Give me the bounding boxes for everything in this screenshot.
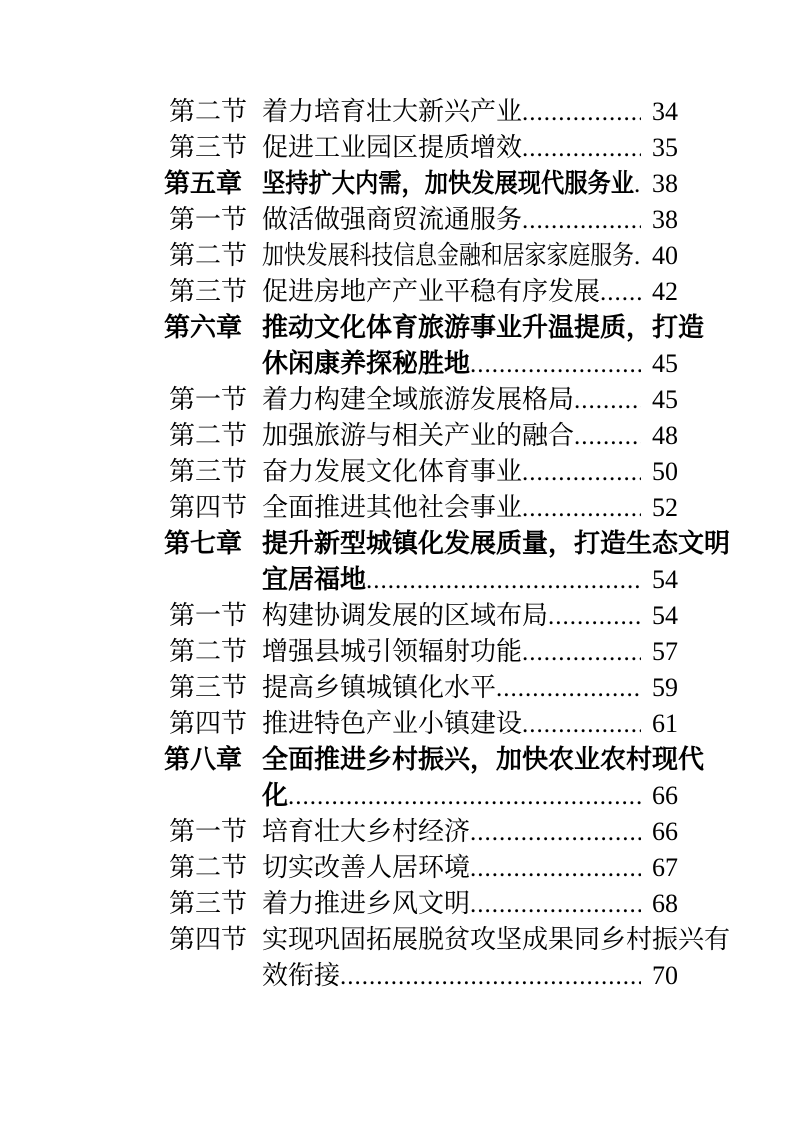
- toc-page-number: 57: [641, 634, 678, 670]
- toc-entry-label: 第八章: [164, 742, 262, 778]
- toc-page-number: 54: [641, 562, 678, 598]
- toc-page-number: 70: [641, 958, 678, 994]
- toc-entry-title: 推进特色产业小镇建设: [262, 706, 522, 742]
- toc-entry-title: 推动文化体育旅游事业升温提质，打造: [262, 310, 704, 346]
- toc-entry: 第三节奋力发展文化体育事业50: [164, 454, 678, 490]
- toc-entry-label: 第一节: [164, 202, 262, 238]
- dot-leader: [522, 491, 641, 527]
- toc-page-number: 68: [641, 886, 678, 922]
- toc-entry-title: 促进工业园区提质增效: [262, 130, 522, 166]
- toc-entry-label: 第一节: [164, 598, 262, 634]
- toc-page-number: 38: [641, 166, 678, 202]
- toc-entry-title: 提升新型城镇化发展质量，打造生态文明: [262, 526, 730, 562]
- toc-entry: 第二节切实改善人居环境67: [164, 850, 678, 886]
- toc-entry-title: 休闲康养探秘胜地: [262, 346, 470, 382]
- toc-entry: 第六章推动文化体育旅游事业升温提质，打造: [164, 310, 678, 346]
- toc-entry-title: 加强旅游与相关产业的融合: [262, 418, 574, 454]
- dot-leader: [522, 131, 641, 167]
- toc-page-number: 59: [641, 670, 678, 706]
- dot-leader: [366, 563, 641, 599]
- dot-leader: [340, 959, 641, 995]
- toc-entry-label: 第二节: [164, 850, 262, 886]
- document-page: 第二节着力培育壮大新兴产业34第三节促进工业园区提质增效35第五章坚持扩大内需，…: [0, 0, 793, 1122]
- toc-entry-title: 化: [262, 778, 288, 814]
- toc-entry: 第五章坚持扩大内需，加快发展现代服务业38: [164, 166, 678, 202]
- toc-entry-title: 全面推进乡村振兴，加快农业农村现代: [262, 742, 704, 778]
- table-of-contents: 第二节着力培育壮大新兴产业34第三节促进工业园区提质增效35第五章坚持扩大内需，…: [164, 94, 678, 994]
- toc-page-number: 50: [641, 454, 678, 490]
- dot-leader: [522, 707, 641, 743]
- dot-leader: [288, 779, 641, 815]
- toc-page-number: 35: [641, 130, 678, 166]
- toc-entry-label: 第三节: [164, 454, 262, 490]
- dot-leader: [522, 95, 641, 131]
- toc-entry-label: 第四节: [164, 922, 262, 958]
- toc-entry: 第八章全面推进乡村振兴，加快农业农村现代: [164, 742, 678, 778]
- dot-leader: [574, 383, 641, 419]
- dot-leader: [600, 275, 641, 311]
- toc-entry-label: 第二节: [164, 94, 262, 130]
- toc-entry-label: 第三节: [164, 274, 262, 310]
- toc-page-number: 45: [641, 382, 678, 418]
- toc-entry: 第二节着力培育壮大新兴产业34: [164, 94, 678, 130]
- toc-entry-title: 实现巩固拓展脱贫攻坚成果同乡村振兴有: [262, 922, 730, 958]
- toc-entry-title: 加快发展科技信息金融和居家家庭服务: [262, 238, 634, 274]
- toc-entry-label: 第三节: [164, 886, 262, 922]
- toc-entry-title: 培育壮大乡村经济: [262, 814, 470, 850]
- toc-entry-label: 第二节: [164, 634, 262, 670]
- dot-leader: [548, 599, 641, 635]
- toc-entry-title: 做活做强商贸流通服务: [262, 202, 522, 238]
- toc-entry-title: 宜居福地: [262, 562, 366, 598]
- toc-entry-label: 第四节: [164, 706, 262, 742]
- toc-entry-continuation: 效衔接70: [164, 958, 678, 994]
- toc-entry: 第三节促进房地产产业平稳有序发展42: [164, 274, 678, 310]
- dot-leader: [522, 203, 641, 239]
- toc-page-number: 42: [641, 274, 678, 310]
- toc-entry-title: 着力构建全域旅游发展格局: [262, 382, 574, 418]
- toc-entry-title: 坚持扩大内需，加快发展现代服务业: [262, 166, 634, 202]
- toc-entry-title: 增强县城引领辐射功能: [262, 634, 522, 670]
- toc-entry-title: 着力培育壮大新兴产业: [262, 94, 522, 130]
- toc-entry: 第一节做活做强商贸流通服务38: [164, 202, 678, 238]
- toc-page-number: 34: [641, 94, 678, 130]
- toc-entry-label: 第五章: [164, 166, 262, 202]
- toc-page-number: 54: [641, 598, 678, 634]
- toc-entry-continuation: 休闲康养探秘胜地45: [164, 346, 678, 382]
- dot-leader: [574, 419, 641, 455]
- toc-page-number: 40: [641, 238, 678, 274]
- toc-page-number: 61: [641, 706, 678, 742]
- toc-entry-label: 第六章: [164, 310, 262, 346]
- dot-leader: [634, 167, 641, 203]
- toc-entry: 第四节推进特色产业小镇建设61: [164, 706, 678, 742]
- toc-entry-label: 第二节: [164, 238, 262, 274]
- toc-entry-label: 第三节: [164, 670, 262, 706]
- toc-entry: 第一节着力构建全域旅游发展格局45: [164, 382, 678, 418]
- toc-entry-title: 切实改善人居环境: [262, 850, 470, 886]
- toc-entry: 第二节加快发展科技信息金融和居家家庭服务40: [164, 238, 678, 274]
- toc-entry: 第三节着力推进乡风文明68: [164, 886, 678, 922]
- dot-leader: [470, 347, 641, 383]
- toc-entry-title: 提高乡镇城镇化水平: [262, 670, 496, 706]
- dot-leader: [470, 815, 641, 851]
- toc-entry: 第二节加强旅游与相关产业的融合48: [164, 418, 678, 454]
- toc-page-number: 67: [641, 850, 678, 886]
- dot-leader: [634, 239, 641, 275]
- toc-entry-title: 着力推进乡风文明: [262, 886, 470, 922]
- toc-entry-title: 效衔接: [262, 958, 340, 994]
- toc-entry-label: 第一节: [164, 382, 262, 418]
- toc-entry-label: 第四节: [164, 490, 262, 526]
- toc-entry: 第一节构建协调发展的区域布局54: [164, 598, 678, 634]
- dot-leader: [470, 851, 641, 887]
- toc-entry-label: 第七章: [164, 526, 262, 562]
- toc-page-number: 52: [641, 490, 678, 526]
- toc-entry: 第一节培育壮大乡村经济66: [164, 814, 678, 850]
- dot-leader: [470, 887, 641, 923]
- dot-leader: [522, 635, 641, 671]
- toc-entry: 第三节提高乡镇城镇化水平59: [164, 670, 678, 706]
- toc-entry: 第二节增强县城引领辐射功能57: [164, 634, 678, 670]
- toc-entry-continuation: 化66: [164, 778, 678, 814]
- toc-page-number: 66: [641, 814, 678, 850]
- toc-entry-label: 第三节: [164, 130, 262, 166]
- toc-page-number: 45: [641, 346, 678, 382]
- toc-entry-title: 奋力发展文化体育事业: [262, 454, 522, 490]
- toc-entry: 第四节全面推进其他社会事业52: [164, 490, 678, 526]
- dot-leader: [522, 455, 641, 491]
- toc-entry-label: 第一节: [164, 814, 262, 850]
- dot-leader: [496, 671, 641, 707]
- toc-entry-label: 第二节: [164, 418, 262, 454]
- toc-entry-title: 全面推进其他社会事业: [262, 490, 522, 526]
- toc-entry-continuation: 宜居福地54: [164, 562, 678, 598]
- toc-page-number: 48: [641, 418, 678, 454]
- toc-entry: 第七章提升新型城镇化发展质量，打造生态文明: [164, 526, 678, 562]
- toc-entry-title: 构建协调发展的区域布局: [262, 598, 548, 634]
- toc-page-number: 38: [641, 202, 678, 238]
- toc-entry-title: 促进房地产产业平稳有序发展: [262, 274, 600, 310]
- toc-page-number: 66: [641, 778, 678, 814]
- toc-entry: 第四节实现巩固拓展脱贫攻坚成果同乡村振兴有: [164, 922, 678, 958]
- toc-entry: 第三节促进工业园区提质增效35: [164, 130, 678, 166]
